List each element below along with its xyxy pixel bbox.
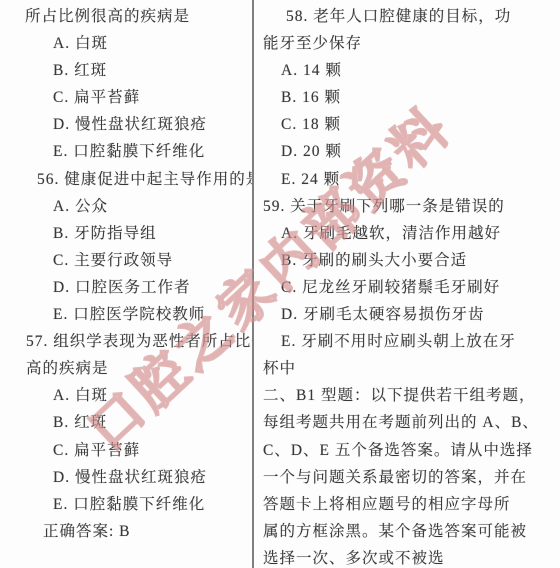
- text-line: D. 慢性盘状红斑狼疮: [8, 464, 252, 491]
- text-line: 57. 组织学表现为恶性者所占比例很: [8, 328, 252, 355]
- text-line: 选择一次、多次或不被选: [263, 545, 560, 568]
- text-line: 59. 关于牙刷下列哪一条是错误的: [263, 193, 560, 220]
- left-column: 所占比例很高的疾病是A. 白斑B. 红斑C. 扁平苔藓D. 慢性盘状红斑狼疮E.…: [0, 0, 254, 568]
- text-line: C. 尼龙丝牙刷较猪鬃毛牙刷好: [263, 274, 560, 301]
- text-line: A. 白斑: [8, 382, 252, 409]
- text-line: 一个与问题关系最密切的答案，并在: [263, 464, 560, 491]
- text-line: 能牙至少保存: [263, 30, 560, 57]
- text-line: 56. 健康促进中起主导作用的是: [8, 166, 252, 193]
- text-line: 高的疾病是: [8, 355, 252, 382]
- text-line: E. 口腔黏膜下纤维化: [8, 138, 252, 165]
- text-line: B. 红斑: [8, 57, 252, 84]
- document-page: 所占比例很高的疾病是A. 白斑B. 红斑C. 扁平苔藓D. 慢性盘状红斑狼疮E.…: [0, 0, 560, 568]
- text-line: 答题卡上将相应题号的相应字母所: [263, 491, 560, 518]
- text-line: B. 16 颗: [263, 84, 560, 111]
- text-line: D. 口腔医务工作者: [8, 274, 252, 301]
- text-line: 58. 老年人口腔健康的目标，功: [263, 3, 560, 30]
- text-line: 正确答案: B: [8, 518, 252, 545]
- text-line: E. 24 颗: [263, 166, 560, 193]
- text-line: 所占比例很高的疾病是: [8, 3, 252, 30]
- text-line: A. 14 颗: [263, 57, 560, 84]
- text-line: A. 牙刷毛越软，清洁作用越好: [263, 220, 560, 247]
- text-line: 属的方框涂黑。某个备选答案可能被: [263, 518, 560, 545]
- text-line: E. 牙刷不用时应刷头朝上放在牙: [263, 328, 560, 355]
- text-line: E. 口腔黏膜下纤维化: [8, 491, 252, 518]
- text-line: D. 慢性盘状红斑狼疮: [8, 111, 252, 138]
- text-line: C、D、E 五个备选答案。请从中选择: [263, 437, 560, 464]
- text-line: A. 白斑: [8, 30, 252, 57]
- text-line: 二、B1 型题：以下提供若干组考题，: [263, 382, 560, 409]
- text-line: E. 口腔医学院校教师: [8, 301, 252, 328]
- text-line: 每组考题共用在考题前列出的 A、B、: [263, 409, 560, 436]
- text-line: B. 红斑: [8, 409, 252, 436]
- text-line: D. 20 颗: [263, 138, 560, 165]
- right-column: 58. 老年人口腔健康的目标，功能牙至少保存A. 14 颗B. 16 颗C. 1…: [254, 0, 560, 568]
- two-column-layout: 所占比例很高的疾病是A. 白斑B. 红斑C. 扁平苔藓D. 慢性盘状红斑狼疮E.…: [0, 0, 560, 568]
- text-line: C. 18 颗: [263, 111, 560, 138]
- text-line: D. 牙刷毛太硬容易损伤牙齿: [263, 301, 560, 328]
- text-line: C. 扁平苔藓: [8, 84, 252, 111]
- text-line: 杯中: [263, 355, 560, 382]
- text-line: A. 公众: [8, 193, 252, 220]
- text-line: C. 主要行政领导: [8, 247, 252, 274]
- text-line: B. 牙防指导组: [8, 220, 252, 247]
- text-line: B. 牙刷的刷头大小要合适: [263, 247, 560, 274]
- text-line: C. 扁平苔藓: [8, 437, 252, 464]
